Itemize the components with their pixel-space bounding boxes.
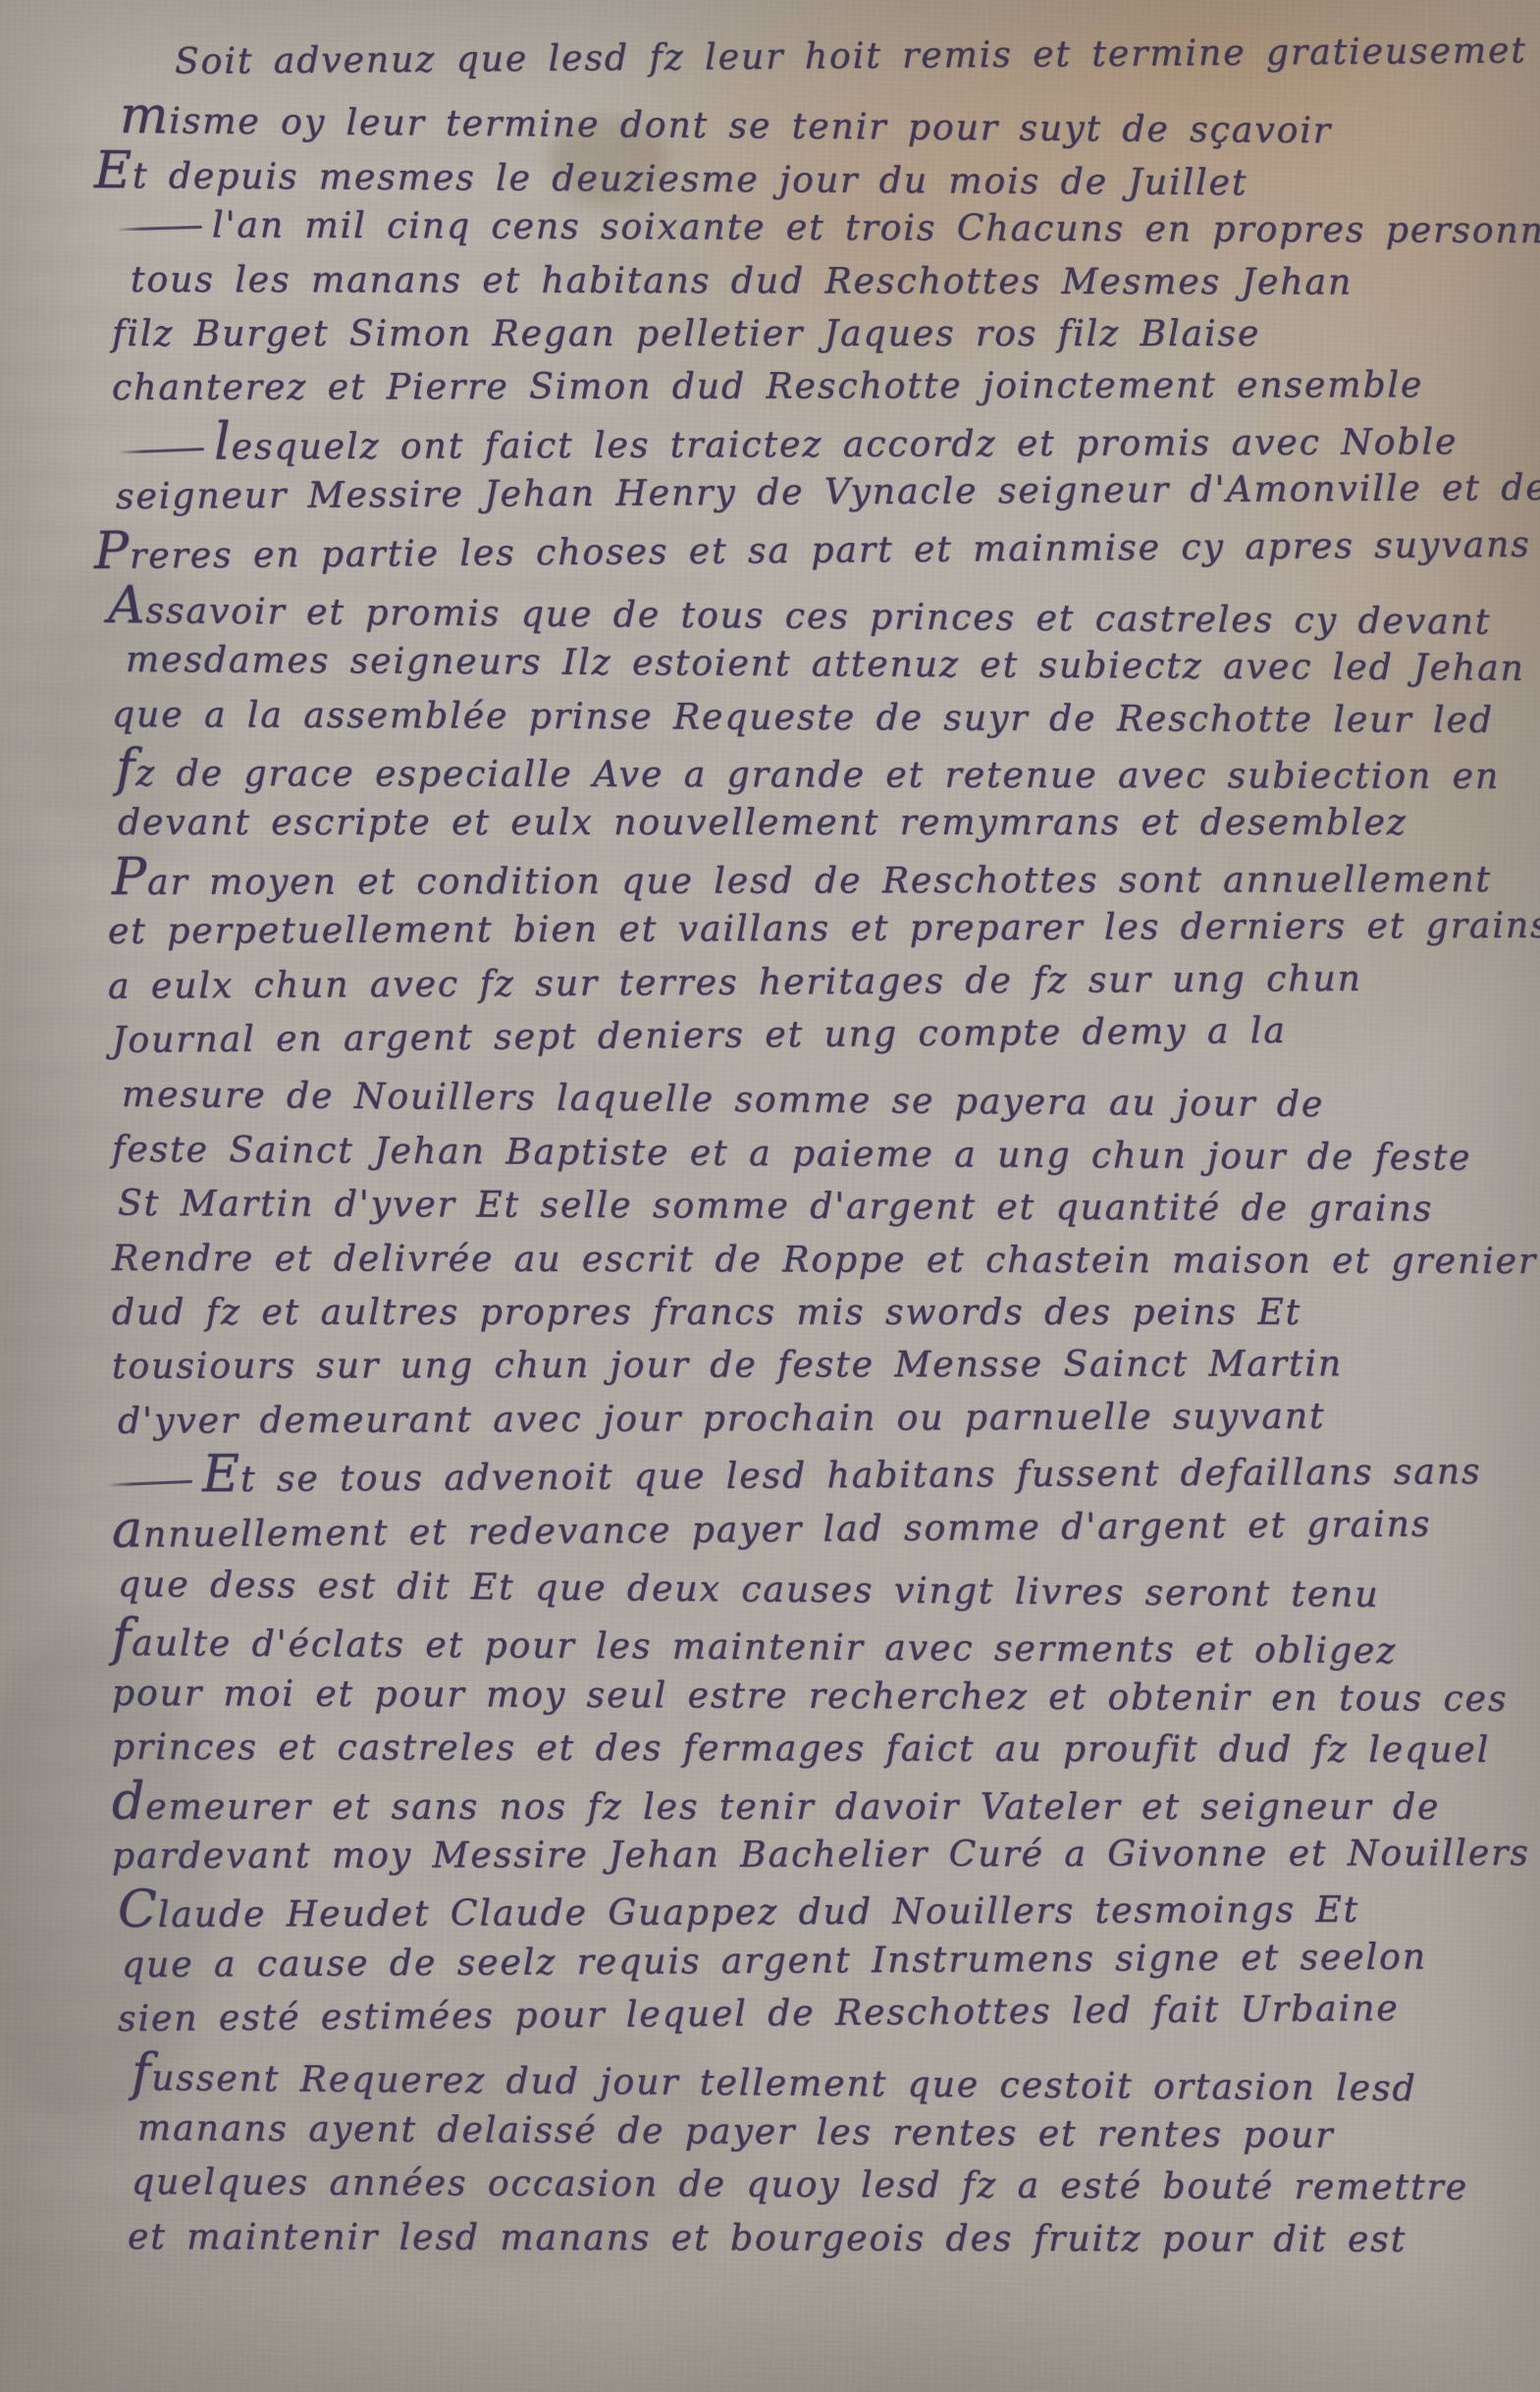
manuscript-photograph: { "page": { "kind_label": "handwritten m… (0, 0, 1540, 2392)
photo-vignette (0, 0, 1540, 2392)
